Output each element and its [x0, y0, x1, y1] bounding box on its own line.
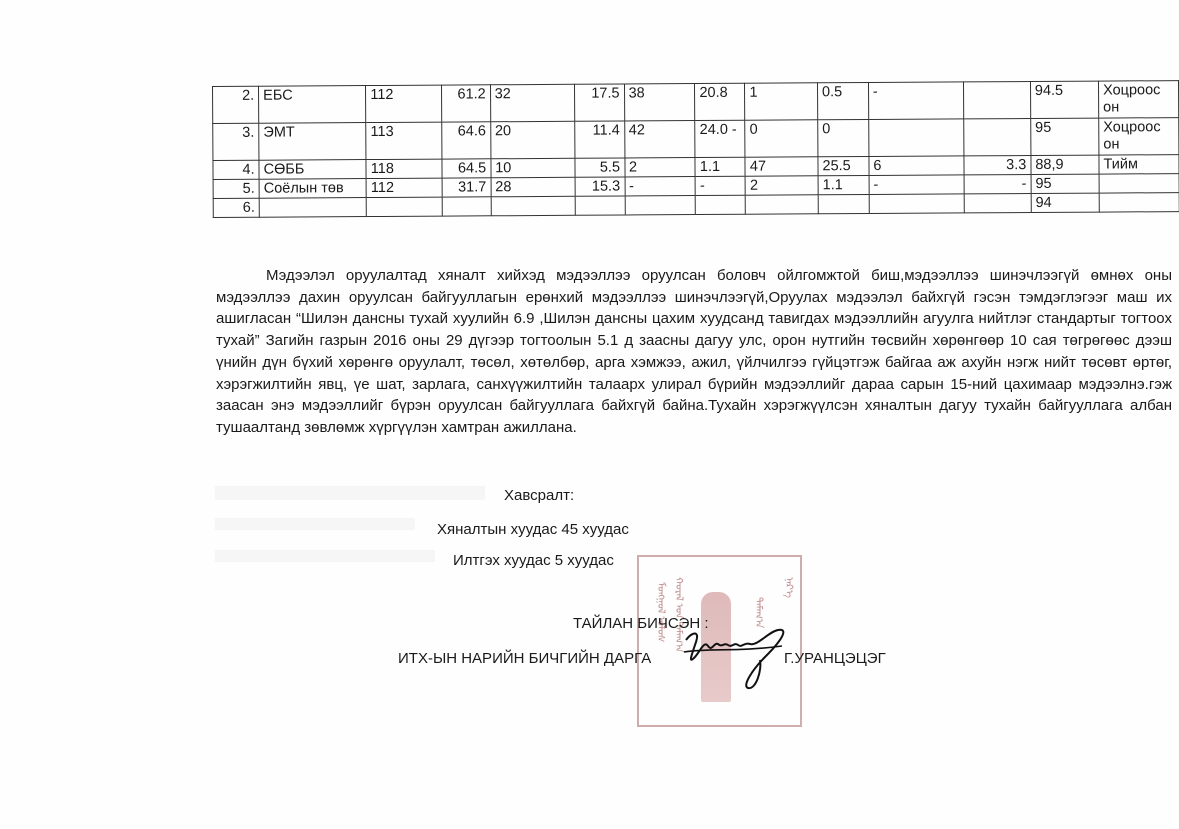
cell-c5: 42 — [624, 121, 695, 158]
cell-status — [1099, 174, 1179, 193]
body-paragraph: Мэдээлэл оруулалтад хяналт хийхэд мэдээл… — [216, 265, 1172, 439]
cell-c2: 64.5 — [442, 159, 490, 178]
cell-c5 — [625, 196, 696, 215]
cell-c1: 118 — [366, 159, 442, 178]
cell-status — [1099, 193, 1179, 212]
cell-c1 — [366, 197, 442, 216]
cell-c4: 5.5 — [574, 158, 624, 177]
results-table: 2.ЕБС11261.23217.53820.810.5-94.5Хоцроос… — [212, 80, 1179, 218]
cell-c9 — [869, 119, 964, 157]
cell-c9: - — [868, 82, 963, 120]
cell-c3: 32 — [490, 84, 574, 122]
cell-c10 — [963, 82, 1030, 119]
cell-c4: 11.4 — [574, 121, 624, 158]
stamp-script: ᠮᠣᠩᠭᠣᠯ ᠤᠯᠤᠰ — [651, 582, 669, 642]
cell-c8: 1.1 — [818, 175, 869, 194]
cell-c3: 28 — [491, 177, 575, 197]
cell-c9 — [869, 194, 964, 214]
cell-name: Соёлын төв — [259, 179, 366, 199]
cell-score: 95 — [1031, 174, 1099, 193]
cell-c1: 113 — [366, 122, 442, 159]
cell-c1: 112 — [366, 85, 442, 122]
cell-c6: 20.8 — [695, 83, 745, 120]
cell-c7 — [746, 195, 819, 214]
faded-artifact — [215, 550, 435, 562]
cell-score: 94.5 — [1030, 81, 1098, 118]
cell-score: 95 — [1031, 118, 1099, 155]
document-page: 2.ЕБС11261.23217.53820.810.5-94.5Хоцроос… — [0, 0, 1179, 829]
cell-c6: - — [695, 176, 745, 195]
cell-score: 88,9 — [1031, 155, 1099, 174]
cell-score: 94 — [1031, 193, 1099, 212]
cell-c6: 24.0 - — [695, 120, 745, 157]
faded-artifact — [215, 486, 485, 500]
cell-c8 — [818, 194, 869, 213]
cell-c6: 1.1 — [695, 157, 745, 176]
author-name: Г.УРАНЦЭЦЭГ — [784, 650, 886, 667]
cell-c10 — [964, 193, 1031, 212]
cell-c5: - — [625, 177, 696, 196]
cell-c2: 64.6 — [442, 122, 490, 159]
cell-c2: 61.2 — [442, 85, 490, 122]
cell-c3: 10 — [491, 158, 575, 178]
cell-c5: 2 — [624, 158, 695, 177]
cell-c3: 20 — [490, 121, 574, 159]
cell-no: 5. — [213, 179, 259, 198]
cell-c7: 1 — [745, 83, 818, 120]
cell-c7: 0 — [745, 120, 818, 157]
cell-status: Хоцроос он — [1098, 81, 1178, 118]
cell-c10 — [963, 119, 1030, 156]
cell-c10: 3.3 — [964, 155, 1031, 174]
cell-c9: - — [869, 175, 964, 195]
signature-icon — [678, 612, 798, 702]
cell-c7: 47 — [745, 157, 818, 176]
table-row: 3.ЭМТ11364.62011.44224.0 -0095Хоцроос он — [213, 118, 1179, 161]
cell-c9: 6 — [869, 156, 964, 176]
cell-c8: 25.5 — [818, 156, 869, 175]
cell-name — [259, 198, 366, 218]
cell-c6 — [696, 195, 746, 214]
cell-name: ЭМТ — [259, 123, 366, 161]
cell-c4: 17.5 — [574, 84, 624, 121]
cell-status: Хоцроос он — [1099, 118, 1179, 155]
cell-status: Тийм — [1099, 155, 1179, 174]
cell-c8: 0 — [818, 119, 869, 156]
cell-name: ЕБС — [259, 86, 366, 124]
cell-c4 — [575, 196, 625, 215]
cell-c2: 31.7 — [442, 178, 490, 197]
cell-c8: 0.5 — [817, 82, 868, 119]
cell-no: 3. — [213, 123, 259, 160]
cell-no: 4. — [213, 160, 259, 179]
cell-c5: 38 — [624, 84, 695, 121]
stamp-script: ᠨᠡᠷ᠎ᠡ — [779, 577, 797, 598]
cell-c7: 2 — [745, 176, 818, 195]
author-position: ИТХ-ЫН НАРИЙН БИЧГИЙН ДАРГА — [398, 650, 651, 667]
cell-c3 — [491, 196, 575, 216]
attachment-item: Хяналтын хуудас 45 хуудас — [437, 521, 629, 538]
attachments-heading: Хавсралт: — [504, 487, 574, 504]
table-row: 2.ЕБС11261.23217.53820.810.5-94.5Хоцроос… — [213, 81, 1179, 124]
cell-c4: 15.3 — [575, 177, 625, 196]
cell-no: 2. — [213, 86, 259, 123]
cell-c10: - — [964, 174, 1031, 193]
faded-artifact — [215, 518, 415, 530]
cell-c2 — [443, 197, 491, 216]
cell-c1: 112 — [366, 178, 442, 197]
cell-no: 6. — [213, 198, 259, 217]
attachment-item: Илтгэх хуудас 5 хуудас — [453, 552, 614, 569]
cell-name: СӨББ — [259, 160, 366, 180]
